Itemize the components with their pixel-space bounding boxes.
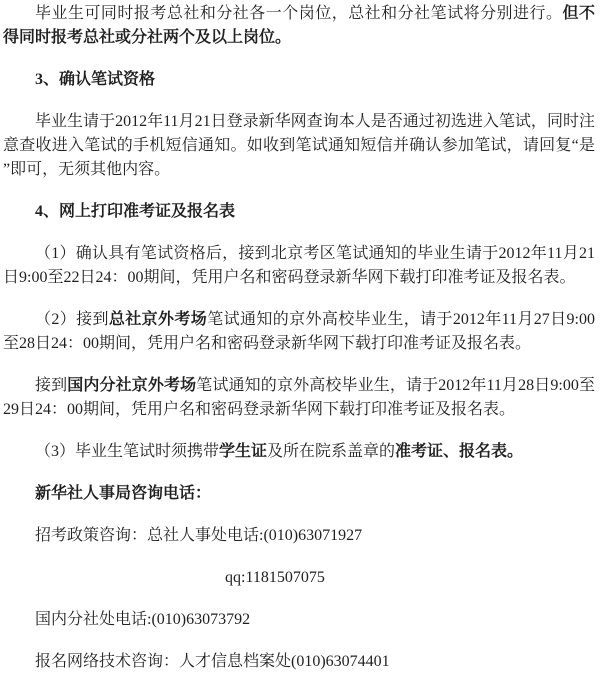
item-3-bold-student-id: 学生证 (219, 443, 267, 460)
item-2-pre-text: （2）接到 (35, 311, 109, 328)
item-3-pre-text: （3）毕业生笔试时须携带 (35, 443, 219, 460)
item-2b-paragraph: 接到国内分社京外考场笔试通知的京外高校毕业生，请于2012年11月28日9:00… (3, 374, 595, 422)
item-1-paragraph: （1）确认具有笔试资格后，接到北京考区笔试通知的毕业生请于2012年11月21日… (3, 242, 595, 290)
intro-paragraph: 毕业生可同时报考总社和分社各一个岗位，总社和分社笔试将分别进行。但不得同时报考总… (3, 2, 595, 50)
item-2-bold-text: 总社京外考场 (109, 311, 207, 328)
item-3-bold-admission-forms: 准考证、报名表。 (395, 443, 523, 460)
section-3-paragraph: 毕业生请于2012年11月21日登录新华网查询本人是否通过初选进入笔试，同时注意… (3, 110, 595, 182)
contact-heading: 新华社人事局咨询电话： (3, 482, 595, 506)
section-3-heading: 3、确认笔试资格 (3, 68, 595, 92)
contact-branch-line: 国内分社处电话:(010)63073792 (3, 608, 595, 632)
item-2-paragraph: （2）接到总社京外考场笔试通知的京外高校毕业生，请于2012年11月27日9:0… (3, 308, 595, 356)
document-page: 毕业生可同时报考总社和分社各一个岗位，总社和分社笔试将分别进行。但不得同时报考总… (0, 0, 600, 691)
intro-text: 毕业生可同时报考总社和分社各一个岗位，总社和分社笔试将分别进行。 (35, 5, 563, 22)
item-3-paragraph: （3）毕业生笔试时须携带学生证及所在院系盖章的准考证、报名表。 (3, 440, 595, 464)
item-3-mid-text: 及所在院系盖章的 (267, 443, 395, 460)
item-2b-pre-text: 接到 (35, 377, 67, 394)
contact-policy-line: 招考政策咨询：总社人事处电话:(010)63071927 (3, 524, 595, 548)
item-2b-bold-text: 国内分社京外考场 (67, 377, 196, 394)
contact-qq-line: qq:1181507075 (3, 566, 595, 590)
contact-tech-line: 报名网络技术咨询：人才信息档案处(010)63074401 (3, 650, 595, 674)
section-4-heading: 4、网上打印准考证及报名表 (3, 200, 595, 224)
